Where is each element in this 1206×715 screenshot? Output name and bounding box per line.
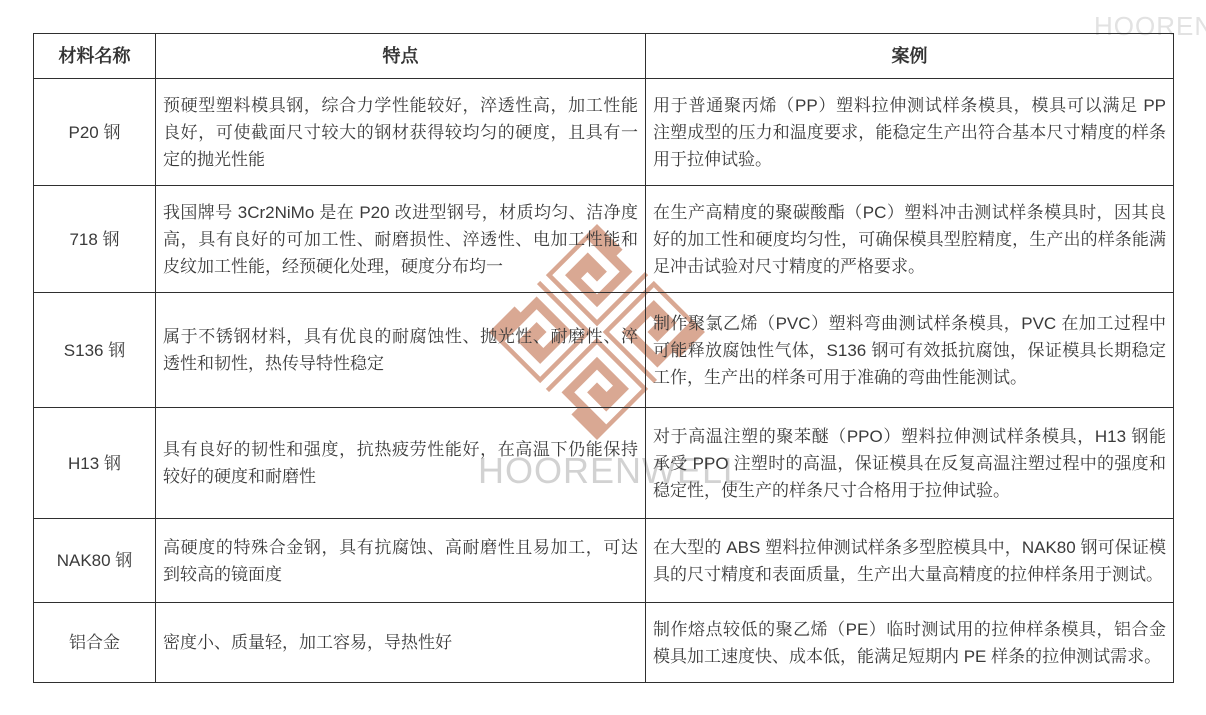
row-nak80-case: 在大型的 ABS 塑料拉伸测试样条多型腔模具中，NAK80 钢可保证模具的尺寸精…: [646, 519, 1174, 603]
row-s136-feature: 属于不锈钢材料，具有优良的耐腐蚀性、抛光性、耐磨性、淬透性和韧性，热传导特性稳定: [156, 293, 646, 408]
row-h13-feature: 具有良好的韧性和强度，抗热疲劳性能好，在高温下仍能保持较好的硬度和耐磨性: [156, 408, 646, 519]
row-718-feature: 我国牌号 3Cr2NiMo 是在 P20 改进型钢号，材质均匀、洁净度高，具有良…: [156, 186, 646, 293]
materials-table: 材料名称 特点 案例 P20 钢 预硬型塑料模具钢，综合力学性能较好，淬透性高，…: [33, 33, 1174, 683]
row-p20-case: 用于普通聚丙烯（PP）塑料拉伸测试样条模具，模具可以满足 PP 注塑成型的压力和…: [646, 79, 1174, 186]
header-cases: 案例: [646, 34, 1174, 79]
row-p20-name: P20 钢: [34, 79, 156, 186]
row-aluminum-case: 制作熔点较低的聚乙烯（PE）临时测试用的拉伸样条模具，铝合金模具加工速度快、成本…: [646, 603, 1174, 683]
page: { "watermark": { "logo_color": "#d9a893"…: [0, 0, 1206, 715]
row-718-case: 在生产高精度的聚碳酸酯（PC）塑料冲击测试样条模具时，因其良好的加工性和硬度均匀…: [646, 186, 1174, 293]
row-s136-name: S136 钢: [34, 293, 156, 408]
row-718-name: 718 钢: [34, 186, 156, 293]
row-aluminum-name: 铝合金: [34, 603, 156, 683]
row-s136-case: 制作聚氯乙烯（PVC）塑料弯曲测试样条模具，PVC 在加工过程中可能释放腐蚀性气…: [646, 293, 1174, 408]
row-nak80-name: NAK80 钢: [34, 519, 156, 603]
row-p20-feature: 预硬型塑料模具钢，综合力学性能较好，淬透性高，加工性能良好，可使截面尺寸较大的钢…: [156, 79, 646, 186]
row-h13-name: H13 钢: [34, 408, 156, 519]
row-aluminum-feature: 密度小、质量轻，加工容易，导热性好: [156, 603, 646, 683]
row-nak80-feature: 高硬度的特殊合金钢，具有抗腐蚀、高耐磨性且易加工，可达到较高的镜面度: [156, 519, 646, 603]
header-features: 特点: [156, 34, 646, 79]
row-h13-case: 对于高温注塑的聚苯醚（PPO）塑料拉伸测试样条模具，H13 钢能承受 PPO 注…: [646, 408, 1174, 519]
header-material-name: 材料名称: [34, 34, 156, 79]
